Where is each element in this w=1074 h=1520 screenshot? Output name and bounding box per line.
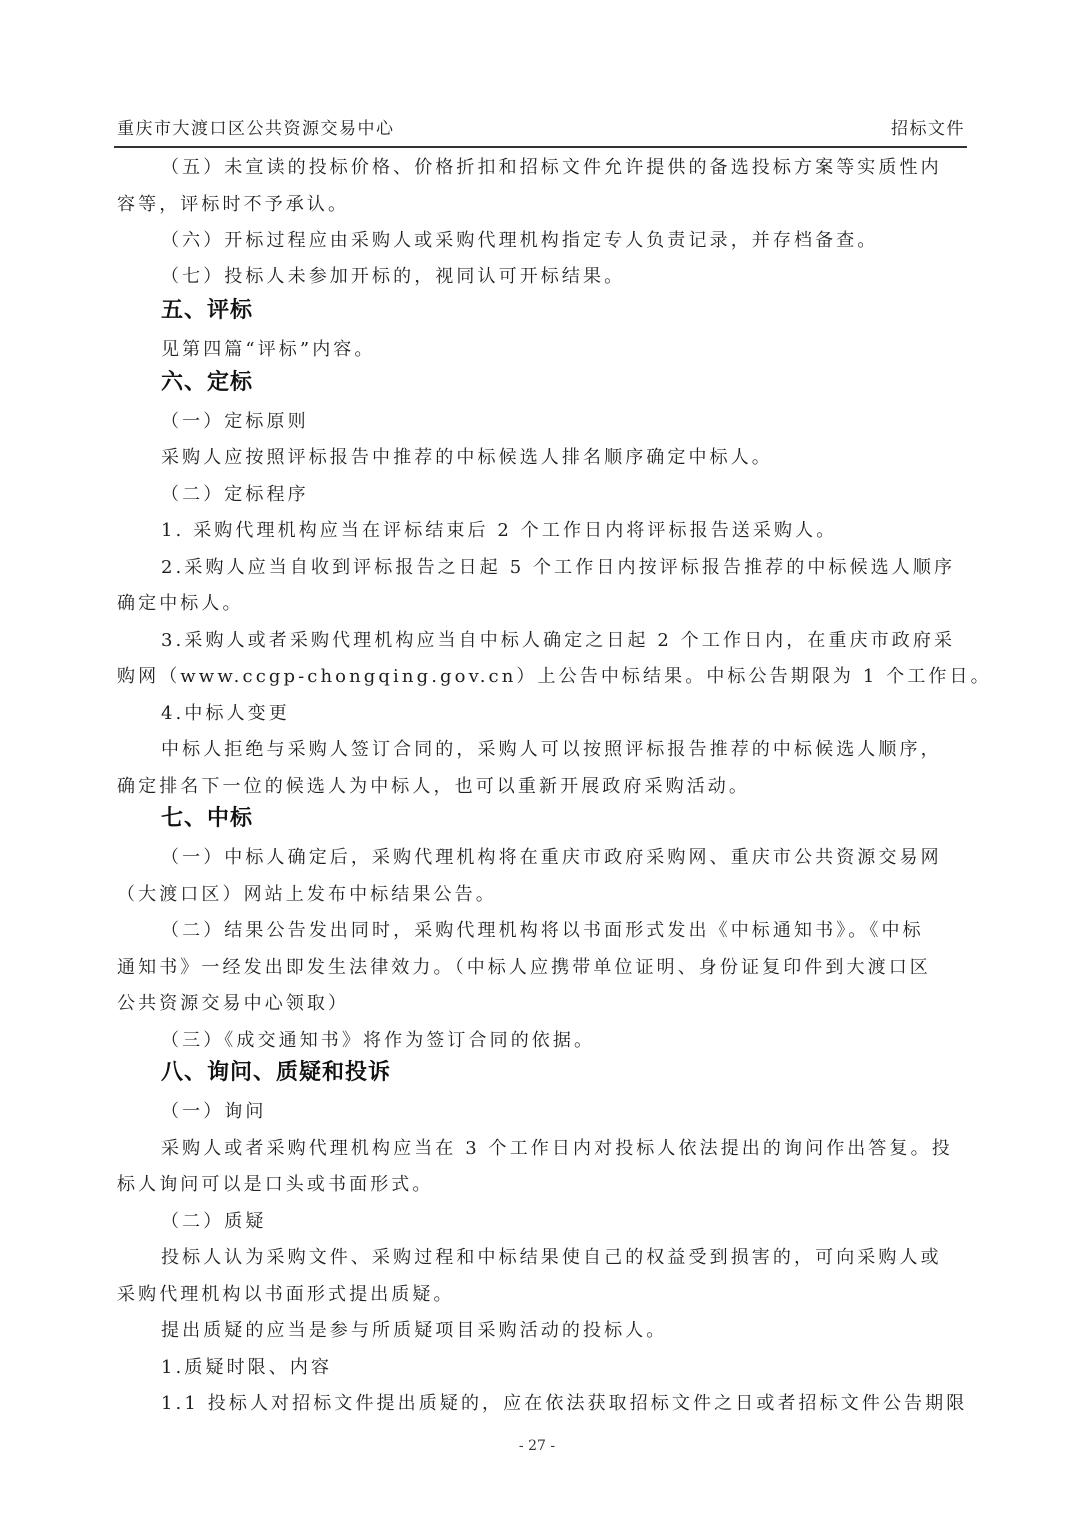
paragraph-line: 3.采购人或者采购代理机构应当自中标人确定之日起 2 个工作日内，在重庆市政府采	[117, 626, 1011, 656]
paragraph-line: 见第四篇“评标”内容。	[117, 335, 1011, 365]
paragraph-line: 通知书》一经发出即发生法律效力。（中标人应携带单位证明、身份证复印件到大渡口区	[117, 953, 967, 983]
subheading-line: （一）询问	[117, 1097, 1011, 1127]
subheading-line: 4.中标人变更	[117, 699, 1011, 729]
section-heading: 七、中标	[117, 804, 1011, 834]
paragraph-line: 采购代理机构以书面形式提出质疑。	[117, 1280, 967, 1310]
paragraph-line: 购网（www.ccgp-chongqing.gov.cn）上公告中标结果。中标公…	[117, 662, 967, 692]
paragraph-line: （一）中标人确定后，采购代理机构将在重庆市政府采购网、重庆市公共资源交易网	[117, 843, 1011, 873]
paragraph-line: 标人询问可以是口头或书面形式。	[117, 1170, 967, 1200]
paragraph-line: 提出质疑的应当是参与所质疑项目采购活动的投标人。	[117, 1316, 1011, 1346]
page-number: - 27 -	[0, 1438, 1074, 1454]
subheading-line: （二）质疑	[117, 1207, 1011, 1237]
header-organization: 重庆市大渡口区公共资源交易中心	[117, 116, 395, 142]
paragraph-line: 投标人认为采购文件、采购过程和中标结果使自己的权益受到损害的，可向采购人或	[117, 1243, 1011, 1273]
paragraph-line: 采购人应按照评标报告中推荐的中标候选人排名顺序确定中标人。	[117, 443, 1011, 473]
paragraph-line: （大渡口区）网站上发布中标结果公告。	[117, 880, 967, 910]
paragraph-line: 1. 采购代理机构应当在评标结束后 2 个工作日内将评标报告送采购人。	[117, 516, 1011, 546]
paragraph-line: 中标人拒绝与采购人签订合同的，采购人可以按照评标报告推荐的中标候选人顺序，	[117, 735, 1011, 765]
subheading-line: （一）定标原则	[117, 407, 1011, 437]
page-header: 重庆市大渡口区公共资源交易中心 招标文件	[117, 116, 965, 142]
section-heading: 六、定标	[117, 368, 1011, 398]
paragraph-line: （六）开标过程应由采购人或采购代理机构指定专人负责记录，并存档备查。	[117, 226, 1011, 256]
section-heading: 八、询问、质疑和投诉	[117, 1058, 1011, 1088]
header-doc-type: 招标文件	[891, 116, 965, 142]
paragraph-line: 确定排名下一位的候选人为中标人，也可以重新开展政府采购活动。	[117, 772, 967, 802]
paragraph-line: 1.1 投标人对招标文件提出质疑的，应在依法获取招标文件之日或者招标文件公告期限	[117, 1389, 1011, 1419]
paragraph-line: 确定中标人。	[117, 589, 967, 619]
paragraph-line: （五）未宣读的投标价格、价格折扣和招标文件允许提供的备选投标方案等实质性内	[117, 153, 1011, 183]
header-rule	[114, 146, 967, 148]
paragraph-line: 公共资源交易中心领取）	[117, 989, 967, 1019]
section-heading: 五、评标	[117, 296, 1011, 326]
paragraph-line: 容等，评标时不予承认。	[117, 190, 967, 220]
paragraph-line: （三）《成交通知书》将作为签订合同的依据。	[117, 1026, 1011, 1056]
document-page: 重庆市大渡口区公共资源交易中心 招标文件 （五）未宣读的投标价格、价格折扣和招标…	[0, 0, 1074, 1520]
paragraph-line: （七）投标人未参加开标的，视同认可开标结果。	[117, 262, 1011, 292]
paragraph-line: （二）结果公告发出同时，采购代理机构将以书面形式发出《中标通知书》。《中标	[117, 916, 1011, 946]
paragraph-line: 2.采购人应当自收到评标报告之日起 5 个工作日内按评标报告推荐的中标候选人顺序	[117, 553, 1011, 583]
subheading-line: （二）定标程序	[117, 480, 1011, 510]
subheading-line: 1.质疑时限、内容	[117, 1353, 1011, 1383]
paragraph-line: 采购人或者采购代理机构应当在 3 个工作日内对投标人依法提出的询问作出答复。投	[117, 1134, 1011, 1164]
